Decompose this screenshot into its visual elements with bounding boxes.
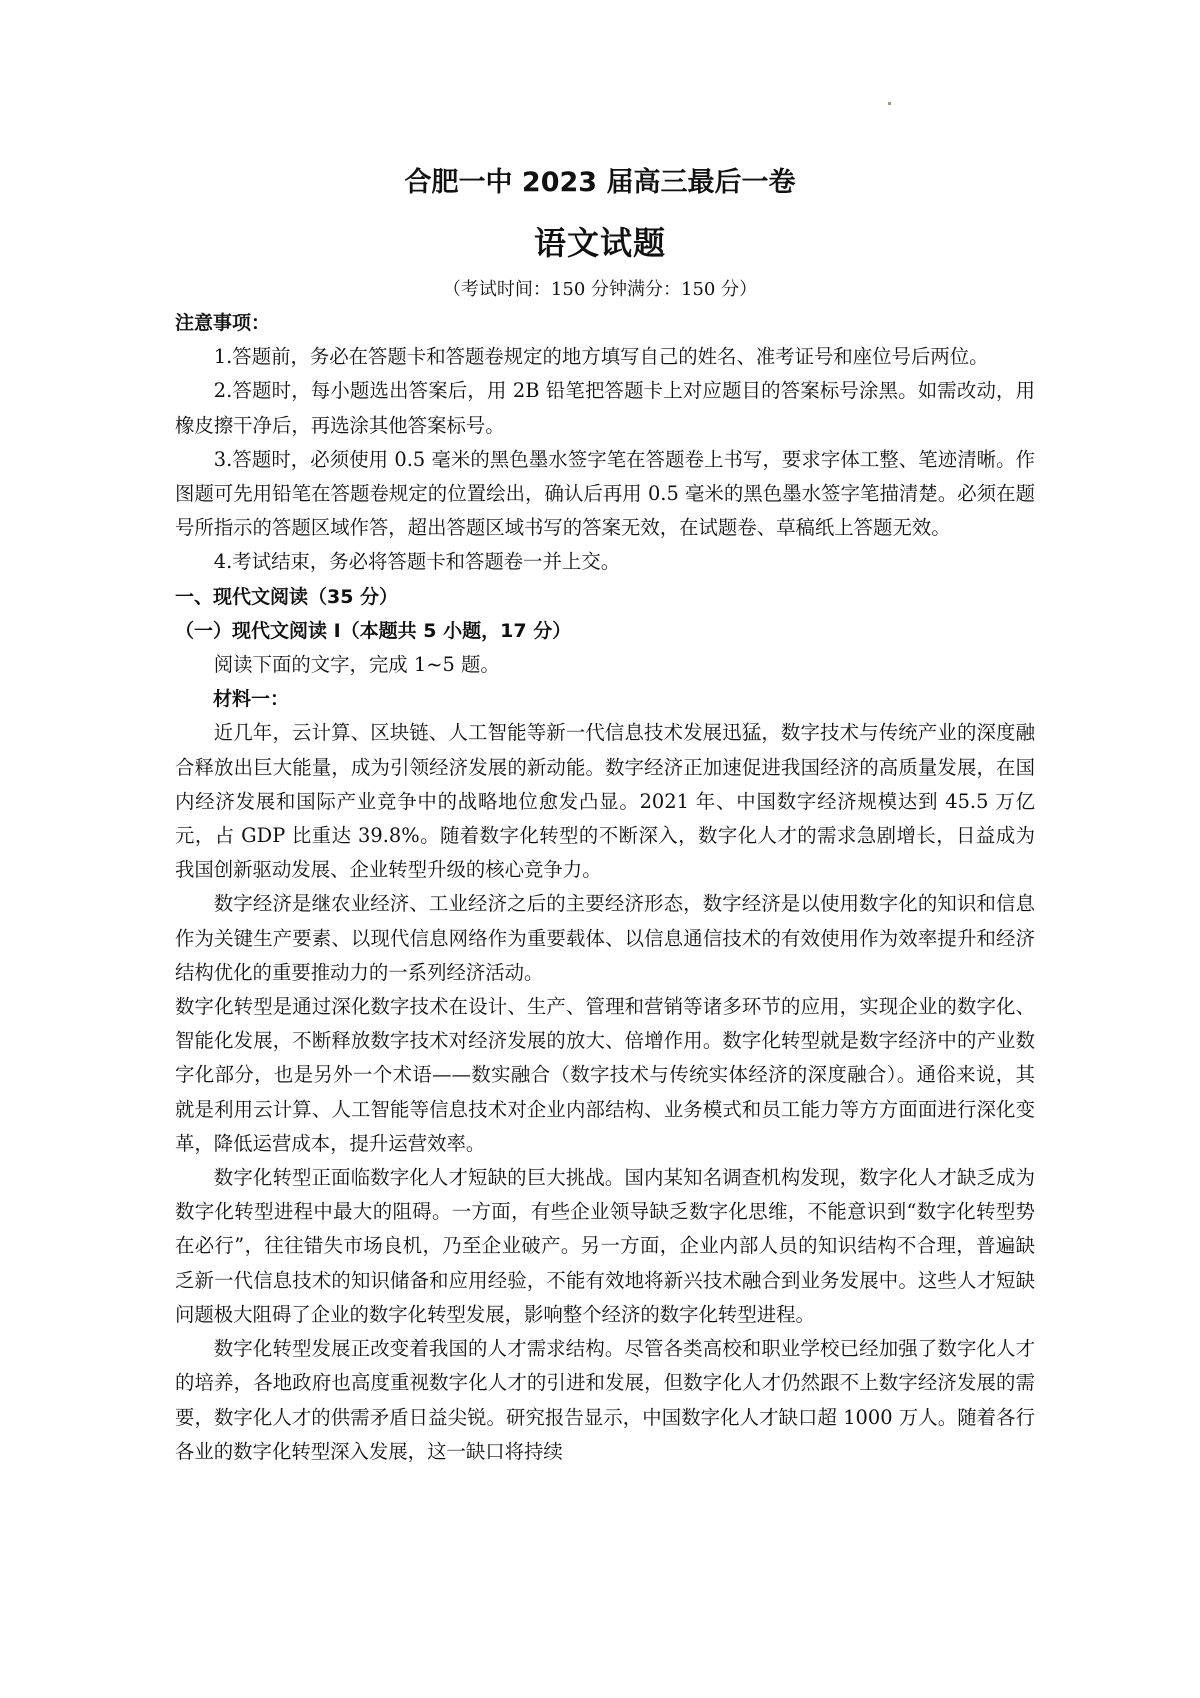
section-heading: 一、现代文阅读（35 分）	[175, 580, 1035, 614]
subsection-heading: （一）现代文阅读 I（本题共 5 小题，17 分）	[175, 614, 1035, 648]
notice-item: 4.考试结束，务必将答题卡和答题卷一并上交。	[175, 545, 1035, 579]
passage-paragraph: 数字化转型发展正改变着我国的人才需求结构。尽管各类高校和职业学校已经加强了数字化…	[175, 1332, 1035, 1469]
passage-paragraph: 数字化转型正面临数字化人才短缺的巨大挑战。国内某知名调查机构发现，数字化人才缺乏…	[175, 1161, 1035, 1332]
subject-title: 语文试题	[0, 218, 1200, 264]
notice-heading: 注意事项：	[175, 306, 1035, 340]
notice-item: 2.答题时，每小题选出答案后，用 2B 铅笔把答题卡上对应题目的答案标号涂黑。如…	[175, 374, 1035, 442]
notice-item: 1.答题前，务必在答题卡和答题卷规定的地方填写自己的姓名、准考证号和座位号后两位…	[175, 340, 1035, 374]
passage-paragraph: 数字化转型是通过深化数字技术在设计、生产、管理和营销等诸多环节的应用，实现企业的…	[175, 990, 1035, 1161]
passage-paragraph: 近几年，云计算、区块链、人工智能等新一代信息技术发展迅猛，数字技术与传统产业的深…	[175, 716, 1035, 887]
exam-body: 注意事项： 1.答题前，务必在答题卡和答题卷规定的地方填写自己的姓名、准考证号和…	[175, 306, 1035, 1469]
scan-speck	[888, 102, 891, 105]
reading-instruction: 阅读下面的文字，完成 1~5 题。	[175, 648, 1035, 682]
exam-info: （考试时间：150 分钟满分：150 分）	[0, 275, 1200, 301]
school-title: 合肥一中 2023 届高三最后一卷	[0, 160, 1200, 199]
notice-item: 3.答题时，必须使用 0.5 毫米的黑色墨水签字笔在答题卷上书写，要求字体工整、…	[175, 443, 1035, 546]
exam-page: 合肥一中 2023 届高三最后一卷 语文试题 （考试时间：150 分钟满分：15…	[0, 0, 1200, 1698]
material-label: 材料一：	[175, 682, 1035, 716]
passage-paragraph: 数字经济是继农业经济、工业经济之后的主要经济形态，数字经济是以使用数字化的知识和…	[175, 887, 1035, 990]
